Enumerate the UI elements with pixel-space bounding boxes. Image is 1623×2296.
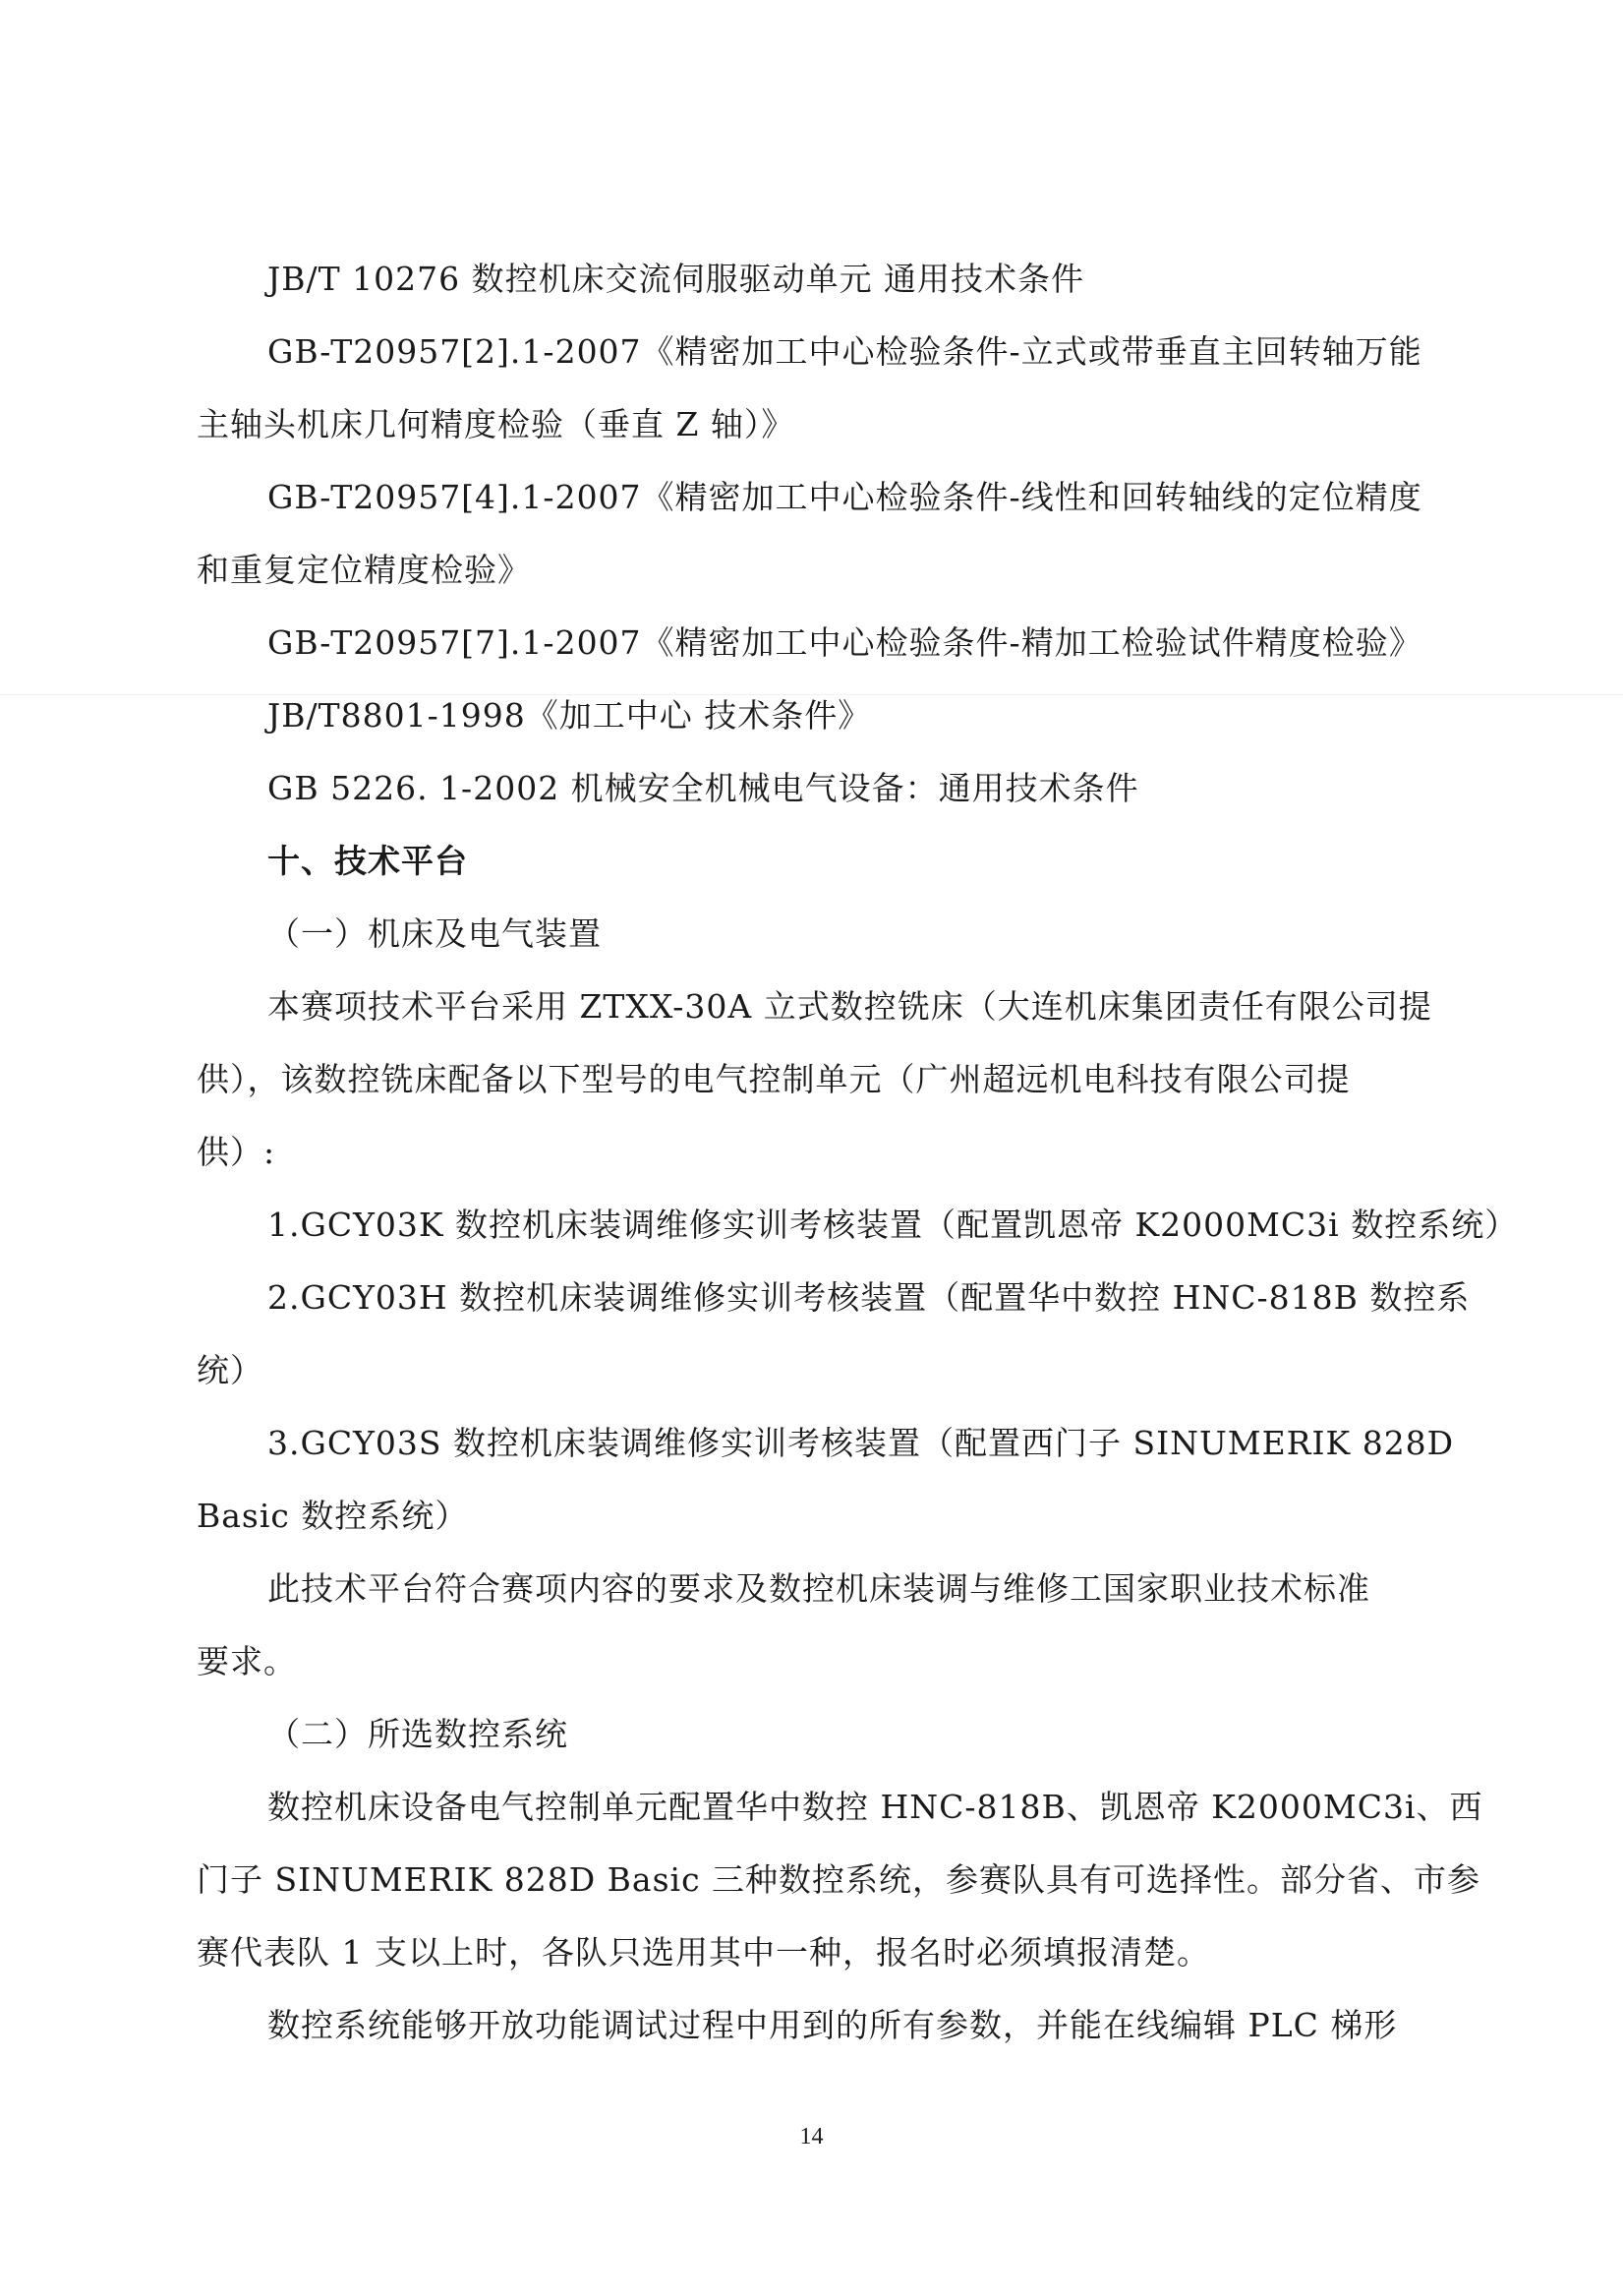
subsection-heading-machine-electrical: （一）机床及电气装置 <box>267 913 1545 956</box>
standard-ref-gb5226: GB 5226. 1-2002 机械安全机械电气设备：通用技术条件 <box>267 767 1545 810</box>
standard-ref-gbt20957-4: GB-T20957[4].1-2007《精密加工中心检验条件-线性和回转轴线的定… <box>267 476 1545 519</box>
paragraph-cnc-line-3: 赛代表队 1 支以上时，各队只选用其中一种，报名时必须填报清楚。 <box>197 1931 1475 1974</box>
page-number: 14 <box>0 2124 1623 2150</box>
paragraph-params-line-1: 数控系统能够开放功能调试过程中用到的所有参数，并能在线编辑 PLC 梯形 <box>267 2004 1545 2047</box>
list-item-gcy03s: 3.GCY03S 数控机床装调维修实训考核装置（配置西门子 SINUMERIK … <box>267 1422 1545 1465</box>
list-item-gcy03h: 2.GCY03H 数控机床装调维修实训考核装置（配置华中数控 HNC-818B … <box>267 1276 1545 1320</box>
paragraph-compliance-line-1: 此技术平台符合赛项内容的要求及数控机床装调与维修工国家职业技术标准 <box>267 1567 1545 1611</box>
subsection-heading-cnc-systems: （二）所选数控系统 <box>267 1713 1545 1756</box>
standard-ref-jbt10276: JB/T 10276 数控机床交流伺服驱动单元 通用技术条件 <box>267 258 1545 301</box>
standard-ref-gbt20957-2-cont: 主轴头机床几何精度检验（垂直 Z 轴）》 <box>197 403 1475 446</box>
list-item-gcy03h-cont: 统） <box>197 1349 1475 1392</box>
paragraph-platform-line-1: 本赛项技术平台采用 ZTXX-30A 立式数控铣床（大连机床集团责任有限公司提 <box>267 985 1545 1029</box>
paragraph-cnc-line-2: 门子 SINUMERIK 828D Basic 三种数控系统，参赛队具有可选择性… <box>197 1858 1475 1902</box>
standard-ref-gbt20957-4-cont: 和重复定位精度检验》 <box>197 549 1475 592</box>
paragraph-platform-line-2: 供），该数控铣床配备以下型号的电气控制单元（广州超远机电科技有限公司提 <box>197 1058 1475 1101</box>
paragraph-platform-line-3: 供）: <box>197 1131 1475 1174</box>
document-page: JB/T 10276 数控机床交流伺服驱动单元 通用技术条件 GB-T20957… <box>0 0 1623 2296</box>
standard-ref-gbt20957-2: GB-T20957[2].1-2007《精密加工中心检验条件-立式或带垂直主回转… <box>267 330 1545 374</box>
list-item-gcy03k: 1.GCY03K 数控机床装调维修实训考核装置（配置凯恩帝 K2000MC3i … <box>267 1204 1545 1247</box>
paragraph-cnc-line-1: 数控机床设备电气控制单元配置华中数控 HNC-818B、凯恩帝 K2000MC3… <box>267 1786 1545 1829</box>
list-item-gcy03s-cont: Basic 数控系统） <box>197 1495 1475 1538</box>
standard-ref-gbt20957-7: GB-T20957[7].1-2007《精密加工中心检验条件-精加工检验试件精度… <box>267 621 1545 665</box>
standard-ref-jbt8801: JB/T8801-1998《加工中心 技术条件》 <box>267 694 1545 737</box>
section-heading-tech-platform: 十、技术平台 <box>267 840 1545 883</box>
paragraph-compliance-line-2: 要求。 <box>197 1640 1475 1683</box>
